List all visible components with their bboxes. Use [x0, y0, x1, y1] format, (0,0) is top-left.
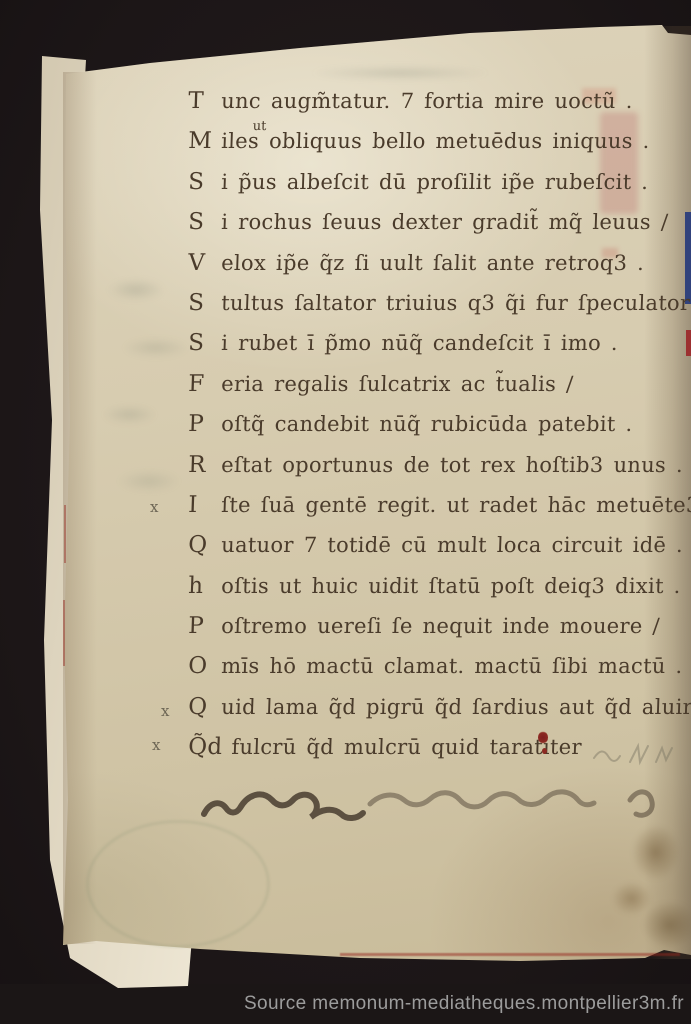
facing-page-red-border: [686, 330, 691, 356]
verse-text: uid lama q̃d pigrū q̃d ſardius aut q̃d a…: [221, 695, 691, 719]
verse-line: Omīs hō mactū clamat. mactū ſibi mactū .: [187, 653, 658, 693]
verse-text-block: Tunc augm̃tatur. 7 fortia mire uoctũ . u…: [188, 88, 658, 775]
verse-initial: P: [188, 613, 213, 639]
verse-line: Velox ip̃e q̃z ſi uult ſalit ante retroq…: [187, 250, 658, 290]
verse-text: oſtq̃ candebit nūq̃ rubicūda patebit .: [221, 412, 633, 436]
faint-margin-squiggle: [590, 736, 680, 776]
verse-line: Poſtq̃ candebit nūq̃ rubicūda patebit .: [187, 411, 658, 451]
verse-line: Feria regalis ſulcatrix ac t̃ualis /: [187, 371, 658, 411]
verse-initial: R: [188, 452, 213, 478]
verse-text: i rubet ī p̃mo nūq̃ candeſcit ī imo .: [221, 331, 619, 355]
red-ink-dot: [542, 748, 547, 754]
fore-edge-red-line: [63, 600, 65, 666]
verse-initial: M: [188, 128, 213, 154]
verse-line: Stultus ſaltator triuius q3 q̃i fur ſpec…: [187, 290, 658, 330]
verse-initial: S: [188, 290, 213, 316]
verse-initial: S: [188, 169, 213, 195]
photo-canvas: Tunc augm̃tatur. 7 fortia mire uoctũ . u…: [0, 0, 691, 1024]
verse-text: tultus ſaltator triuius q3 q̃i fur ſpecu…: [221, 291, 691, 315]
verse-initial: S: [188, 209, 213, 235]
verse-text: ſte ſuā gentē regit. ut radet hāc metuēt…: [221, 493, 691, 517]
verse-line: Quatuor 7 totidē cū mult loca circuit id…: [187, 532, 658, 572]
verse-text: eſtat oportunus de tot rex hoſtib3 unus …: [221, 453, 684, 477]
verse-text: eria regalis ſulcatrix ac t̃ualis /: [221, 372, 574, 396]
source-attribution: Source memonum-mediatheques.montpellier3…: [244, 993, 684, 1015]
verse-text: fulcrū q̃d mulcrū quid taratiter: [231, 735, 582, 759]
verse-initial: I: [188, 492, 213, 518]
margin-x-mark: x: [150, 498, 158, 516]
verse-line: Reſtat oportunus de tot rex hoſtib3 unus…: [187, 452, 658, 492]
verse-text: oſtis ut huic uidit ſtatū poſt deiq3 dix…: [221, 574, 681, 598]
verse-initial: T: [188, 88, 213, 114]
verse-text: mīs hō mactū clamat. mactū ſibi mactū .: [221, 654, 683, 678]
verse-text: oſtremo uereſi ſe nequit inde mouere /: [221, 614, 661, 638]
verse-line: Si rubet ī p̃mo nūq̃ candeſcit ī imo .: [187, 330, 658, 370]
verse-text: iles obliquus bello metuēdus iniquus .: [221, 129, 650, 153]
verse-initial: V: [188, 250, 213, 276]
verse-initial: Q: [188, 532, 213, 558]
verse-initial: P: [188, 411, 213, 437]
verse-line: Si p̃us albeſcit dū proſilit ip̃e rubeſc…: [187, 169, 658, 209]
verse-initial: O: [188, 653, 213, 679]
verse-line: hoſtis ut huic uidit ſtatū poſt deiq3 di…: [187, 573, 658, 613]
verse-text: unc augm̃tatur. 7 fortia mire uoctũ .: [221, 89, 633, 113]
brown-stain: [598, 826, 691, 958]
verse-text: elox ip̃e q̃z ſi uult ſalit ante retroq3…: [221, 251, 645, 275]
verse-text: i rochus ſeuus dexter gradit̃ mq̃ leuus …: [221, 210, 669, 234]
verse-line: utMiles obliquus bello metuēdus iniquus …: [187, 128, 658, 168]
verse-initial: Q: [188, 694, 213, 720]
verse-line: Quid lama q̃d pigrū q̃d ſardius aut q̃d …: [187, 694, 658, 734]
verse-line: Iſte ſuā gentē regit. ut radet hāc metuē…: [187, 492, 658, 532]
verse-line: Si rochus ſeuus dexter gradit̃ mq̃ leuus…: [187, 209, 658, 249]
margin-x-mark: x: [161, 702, 169, 720]
verse-initial: S: [188, 330, 213, 356]
red-ink-blot: [538, 731, 548, 744]
verse-text: uatuor 7 totidē cū mult loca circuit idē…: [221, 533, 684, 557]
verse-line: Poſtremo uereſi ſe nequit inde mouere /: [187, 613, 658, 653]
verse-initial: h: [188, 573, 213, 599]
fore-edge-red-line: [64, 505, 66, 563]
interlinear-correction: ut: [252, 119, 266, 134]
verso-show-through-smudge: [260, 60, 540, 86]
verse-text: i p̃us albeſcit dū proſilit ip̃e rubeſci…: [221, 170, 649, 194]
verse-initial: F: [188, 371, 213, 397]
margin-x-mark: x: [152, 736, 160, 754]
verse-initial: Q̃d: [188, 734, 223, 760]
